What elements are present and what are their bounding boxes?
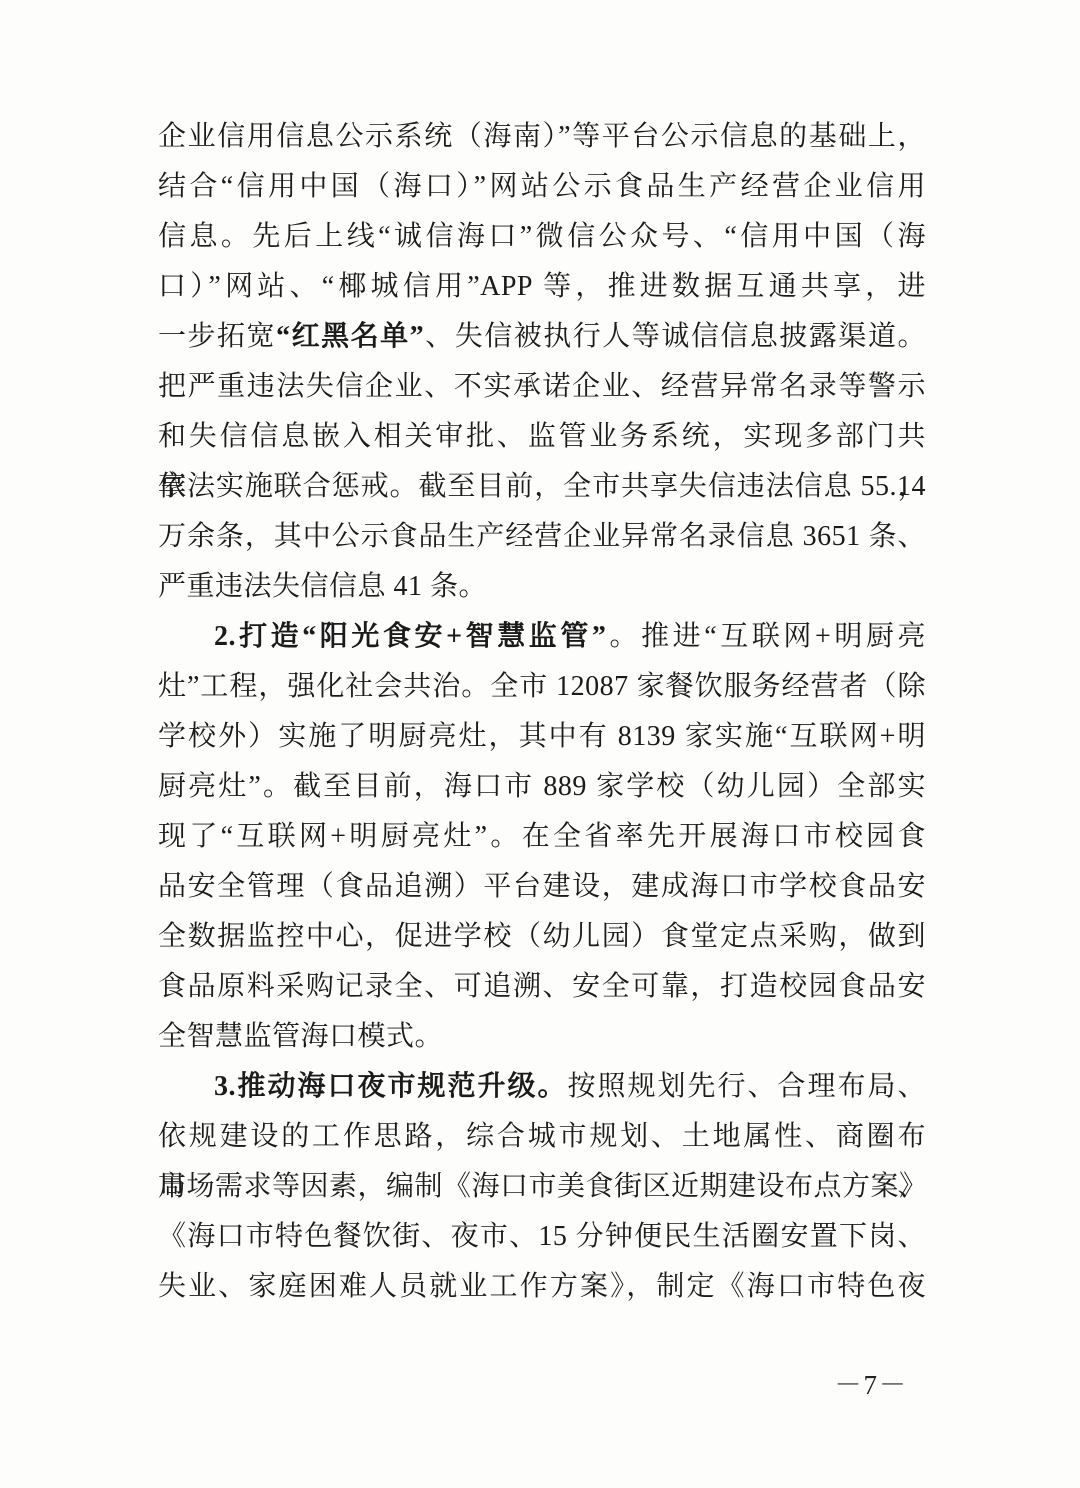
text-line: 万余条，其中公示食品生产经营企业异常名录信息 3651 条、	[158, 512, 926, 562]
bold-text-run: 2.打造“阳光食安+智慧监管”	[214, 621, 606, 652]
text-line: 结合“信用中国（海口）”网站公示食品生产经营企业信用	[158, 162, 926, 212]
bold-text-run: “红黑名单”	[276, 321, 424, 352]
text-run: 失业、家庭困难人员就业工作方案》，制定《海口市特色夜	[158, 1271, 926, 1302]
text-line: 依法实施联合惩戒。截至目前，全市共享失信违法信息 55.14	[158, 462, 926, 512]
text-run: 全数据监控中心，促进学校（幼儿园）食堂定点采购，做到	[158, 921, 926, 952]
text-run: 万余条，其中公示食品生产经营企业异常名录信息 3651 条、	[158, 521, 926, 552]
text-run: 企业信用信息公示系统（海南）”等平台公示信息的基础上，	[158, 121, 926, 152]
text-run: 。推进“互联网+明厨亮	[606, 621, 926, 652]
text-line: 市场需求等因素，编制《海口市美食街区近期建设布点方案》	[158, 1162, 926, 1212]
text-run: 品安全管理（食品追溯）平台建设，建成海口市学校食品安	[158, 871, 926, 902]
text-line: 口）”网站、“椰城信用”APP 等，推进数据互通共享，进	[158, 262, 926, 312]
text-run: 全智慧监管海口模式。	[158, 1021, 443, 1052]
text-line: 把严重违法失信企业、不实承诺企业、经营异常名录等警示	[158, 362, 926, 412]
text-run: 现了“互联网+明厨亮灶”。在全省率先开展海口市校园食	[158, 821, 926, 852]
text-line: 学校外）实施了明厨亮灶，其中有 8139 家实施“互联网+明	[158, 712, 926, 762]
text-line: 失业、家庭困难人员就业工作方案》，制定《海口市特色夜	[158, 1262, 926, 1312]
text-run: 信息。先后上线“诚信海口”微信公众号、“信用中国（海	[158, 221, 926, 252]
text-line: 现了“互联网+明厨亮灶”。在全省率先开展海口市校园食	[158, 812, 926, 862]
text-run: 严重违法失信信息 41 条。	[158, 571, 487, 602]
text-line: 食品原料采购记录全、可追溯、安全可靠，打造校园食品安	[158, 962, 926, 1012]
text-line: 全智慧监管海口模式。	[158, 1012, 926, 1062]
text-run: 学校外）实施了明厨亮灶，其中有 8139 家实施“互联网+明	[158, 721, 926, 752]
text-line: 全数据监控中心，促进学校（幼儿园）食堂定点采购，做到	[158, 912, 926, 962]
text-line: 《海口市特色餐饮街、夜市、15 分钟便民生活圈安置下岗、	[158, 1212, 926, 1262]
document-body: 企业信用信息公示系统（海南）”等平台公示信息的基础上，结合“信用中国（海口）”网…	[158, 112, 926, 1312]
text-line: 2.打造“阳光食安+智慧监管”。推进“互联网+明厨亮	[158, 612, 926, 662]
text-line: 厨亮灶”。截至目前，海口市 889 家学校（幼儿园）全部实	[158, 762, 926, 812]
document-page: 企业信用信息公示系统（海南）”等平台公示信息的基础上，结合“信用中国（海口）”网…	[0, 0, 1080, 1488]
text-line: 企业信用信息公示系统（海南）”等平台公示信息的基础上，	[158, 112, 926, 162]
text-run: 、失信被执行人等诚信信息披露渠道。	[424, 321, 926, 352]
page-number: －7－	[835, 1363, 909, 1402]
text-run: 市场需求等因素，编制《海口市美食街区近期建设布点方案》	[158, 1171, 928, 1202]
text-line: 灶”工程，强化社会共治。全市 12087 家餐饮服务经营者（除	[158, 662, 926, 712]
text-line: 一步拓宽“红黑名单”、失信被执行人等诚信信息披露渠道。	[158, 312, 926, 362]
text-line: 信息。先后上线“诚信海口”微信公众号、“信用中国（海	[158, 212, 926, 262]
text-line: 品安全管理（食品追溯）平台建设，建成海口市学校食品安	[158, 862, 926, 912]
text-line: 依规建设的工作思路，综合城市规划、土地属性、商圈布局、	[158, 1112, 926, 1162]
text-run: 《海口市特色餐饮街、夜市、15 分钟便民生活圈安置下岗、	[158, 1221, 926, 1252]
text-run: 结合“信用中国（海口）”网站公示食品生产经营企业信用	[158, 171, 926, 202]
text-run: 依法实施联合惩戒。截至目前，全市共享失信违法信息 55.14	[158, 471, 926, 502]
text-run: 灶”工程，强化社会共治。全市 12087 家餐饮服务经营者（除	[158, 671, 926, 702]
text-run: 口）”网站、“椰城信用”APP 等，推进数据互通共享，进	[158, 271, 926, 302]
text-run: 食品原料采购记录全、可追溯、安全可靠，打造校园食品安	[158, 971, 926, 1002]
bold-text-run: 3.推动海口夜市规范升级。	[214, 1071, 568, 1102]
text-line: 严重违法失信信息 41 条。	[158, 562, 926, 612]
text-run: 把严重违法失信企业、不实承诺企业、经营异常名录等警示	[158, 371, 926, 402]
text-run: 厨亮灶”。截至目前，海口市 889 家学校（幼儿园）全部实	[158, 771, 926, 802]
text-line: 3.推动海口夜市规范升级。按照规划先行、合理布局、	[158, 1062, 926, 1112]
text-run: 一步拓宽	[158, 321, 276, 352]
text-run: 按照规划先行、合理布局、	[568, 1071, 927, 1102]
text-line: 和失信信息嵌入相关审批、监管业务系统，实现多部门共享，	[158, 412, 926, 462]
